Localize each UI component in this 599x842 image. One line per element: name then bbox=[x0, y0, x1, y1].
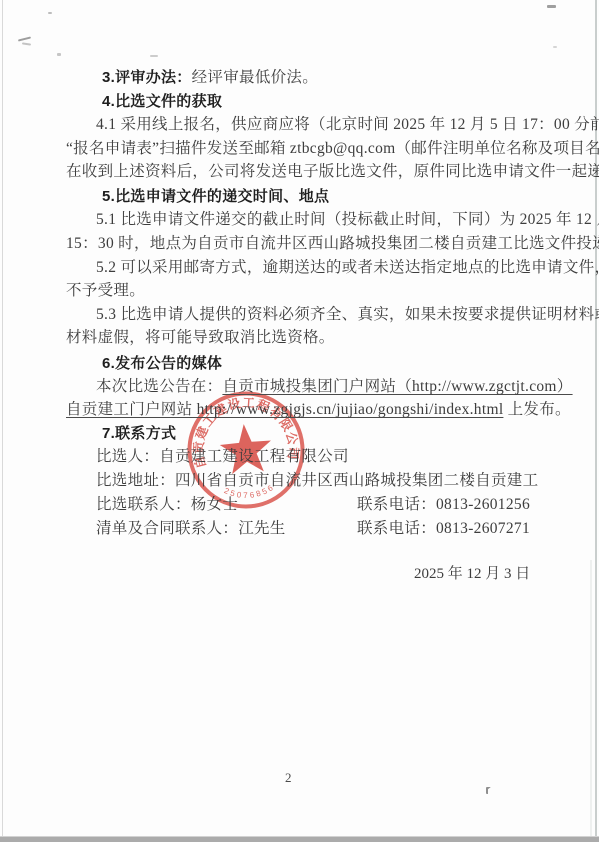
text-segment: 比选地址：四川省自贡市自流井区西山路城投集团二楼自贡建工 bbox=[96, 472, 538, 489]
section-heading: 4.比选文件的获取 bbox=[66, 92, 572, 112]
text-segment: 4.比选文件的获取 bbox=[102, 93, 222, 110]
text-segment: 在收到上述资料后，公司将发送电子版比选文件，原件同比选申请文件一起递交。 bbox=[66, 163, 599, 180]
doc-line: 比选地址：四川省自贡市自流井区西山路城投集团二楼自贡建工 bbox=[66, 471, 566, 491]
doc-line: 15：30 时，地点为自贡市自流井区西山路城投集团二楼自贡建工比选文件投递箱。 bbox=[66, 234, 536, 254]
text-segment: 上发布。 bbox=[503, 401, 570, 418]
doc-line: 比选联系人：杨女士联系电话：0813-2601256 bbox=[66, 495, 566, 515]
doc-line: 自贡建工门户网站 http://www.zgjgjs.cn/jujiao/gon… bbox=[66, 400, 536, 420]
doc-line: 材料虚假，将可能导致取消比选资格。 bbox=[66, 328, 536, 348]
text-segment: 15：30 时，地点为自贡市自流井区西山路城投集团二楼自贡建工比选文件投递箱。 bbox=[66, 235, 599, 252]
text-segment: 清单及合同联系人：江先生 bbox=[96, 520, 286, 537]
text-segment: 5.1 比选申请文件递交的截止时间（投标截止时间，下同）为 2025 年 12 … bbox=[96, 211, 599, 228]
section-heading: 3.评审办法：经评审最低价法。 bbox=[66, 68, 572, 88]
text-segment: 5.比选申请文件的递交时间、地点 bbox=[102, 188, 329, 205]
text-segment: 5.3 比选申请人提供的资料必须齐全、真实，如果未按要求提供证明材料或经证实 bbox=[96, 306, 599, 323]
text-segment: 3.评审办法： bbox=[102, 69, 192, 86]
text-segment: 材料虚假，将可能导致取消比选资格。 bbox=[66, 329, 335, 346]
doc-line: “报名申请表”扫描件发送至邮箱 ztbcgb@qq.com（邮件注明单位名称及项… bbox=[66, 139, 536, 159]
document-content: 3.评审办法：经评审最低价法。4.比选文件的获取4.1 采用线上报名，供应商应将… bbox=[0, 0, 599, 842]
text-segment: 6.发布公告的媒体 bbox=[102, 355, 222, 372]
text-segment: 不予受理。 bbox=[66, 282, 145, 299]
text-segment: 5.2 可以采用邮寄方式，逾期送达的或者未送达指定地点的比选申请文件，比选人 bbox=[96, 259, 599, 276]
underlined-url-text: 自贡建工门户网站 http://www.zgjgjs.cn/jujiao/gon… bbox=[66, 401, 503, 418]
contact-phone: 联系电话：0813-2607271 bbox=[357, 519, 530, 539]
doc-line: 比选人：自贡建工建设工程有限公司 bbox=[66, 447, 566, 467]
doc-line: 5.2 可以采用邮寄方式，逾期送达的或者未送达指定地点的比选申请文件，比选人 bbox=[66, 258, 566, 278]
doc-line: 4.1 采用线上报名，供应商应将（北京时间 2025 年 12 月 5 日 17… bbox=[66, 115, 566, 135]
doc-line: 5.3 比选申请人提供的资料必须齐全、真实，如果未按要求提供证明材料或经证实 bbox=[66, 305, 566, 325]
text-segment: 比选人：自贡建工建设工程有限公司 bbox=[96, 448, 349, 465]
doc-line: 清单及合同联系人：江先生联系电话：0813-2607271 bbox=[66, 519, 566, 539]
document-page: { "page": { "number": "2", "date": "2025… bbox=[0, 0, 599, 842]
section-heading: 6.发布公告的媒体 bbox=[66, 354, 572, 374]
doc-line: 在收到上述资料后，公司将发送电子版比选文件，原件同比选申请文件一起递交。 bbox=[66, 162, 536, 182]
text-segment: 经评审最低价法。 bbox=[192, 69, 318, 86]
contact-phone: 联系电话：0813-2601256 bbox=[357, 495, 530, 515]
page-number: 2 bbox=[285, 770, 292, 786]
doc-line: 5.1 比选申请文件递交的截止时间（投标截止时间，下同）为 2025 年 12 … bbox=[66, 210, 566, 230]
doc-line: 本次比选公告在：自贡市城投集团门户网站（http://www.zgctjt.co… bbox=[66, 377, 566, 397]
text-segment: 比选联系人：杨女士 bbox=[96, 496, 238, 513]
text-segment: “报名申请表”扫描件发送至邮箱 ztbcgb@qq.com（邮件注明单位名称及项… bbox=[66, 140, 599, 157]
section-heading: 5.比选申请文件的递交时间、地点 bbox=[66, 187, 572, 207]
text-segment: 本次比选公告在： bbox=[96, 378, 222, 395]
document-date: 2025 年 12 月 3 日 bbox=[414, 562, 530, 583]
underlined-url-text: 自贡市城投集团门户网站（http://www.zgctjt.com） bbox=[222, 378, 572, 395]
text-segment: 7.联系方式 bbox=[102, 425, 176, 442]
doc-line: 不予受理。 bbox=[66, 281, 536, 301]
section-heading: 7.联系方式 bbox=[66, 424, 572, 444]
text-segment: 4.1 采用线上报名，供应商应将（北京时间 2025 年 12 月 5 日 17… bbox=[96, 116, 599, 133]
